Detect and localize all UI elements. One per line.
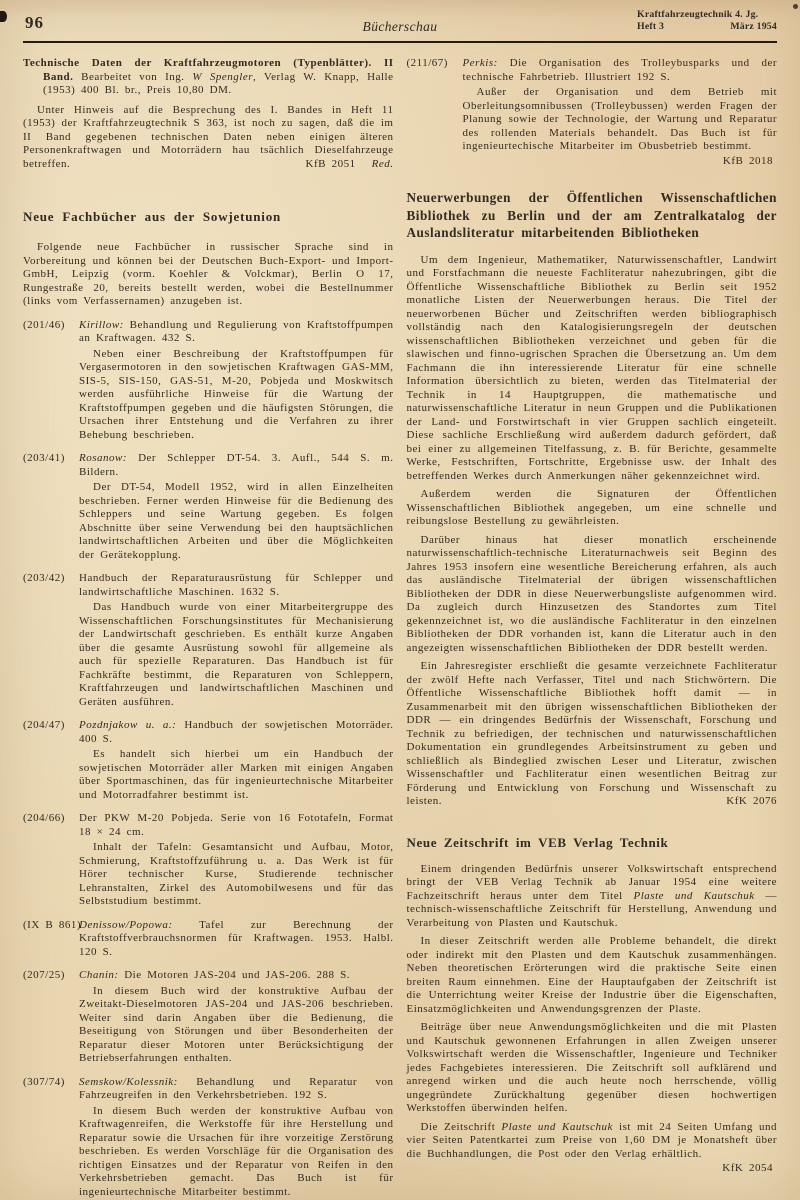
- entry-description: Der DT-54, Modell 1952, wird in allen Ei…: [79, 481, 394, 562]
- book-entry: (204/47)Pozdnjakow u. a.: Handbuch der s…: [23, 719, 394, 802]
- journal-title-italic: Plaste und Kautschuk: [634, 890, 755, 902]
- issue-line: Heft 3 März 1954: [637, 21, 777, 33]
- entry-number: (207/25): [23, 969, 65, 983]
- entry-number: (204/66): [23, 812, 65, 826]
- entry-description: Neben einer Beschreibung der Kraftstoffp…: [79, 348, 394, 443]
- book-review-heading: Technische Daten der Kraftfahrzeugmotore…: [23, 57, 394, 98]
- book-editor: W Spengler: [192, 71, 253, 83]
- entry-signature: KfB 2018: [463, 155, 778, 169]
- library-paragraph-3: Darüber hinaus hat dieser monatlich ersc…: [407, 534, 778, 656]
- book-entry: (307/74)Semskow/Kolessnik: Behandlung un…: [23, 1076, 394, 1200]
- entry-author: Chanin:: [79, 969, 119, 981]
- book-entry: (211/67)Perkis: Die Organisation des Tro…: [407, 57, 778, 168]
- book-entry: (201/46)Kirillow: Behandlung und Regulie…: [23, 319, 394, 443]
- entry-heading: (203/42)Handbuch der Reparaturausrüstung…: [79, 572, 394, 599]
- entry-description: In diesem Buch werden der konstruktive A…: [79, 1105, 394, 1200]
- review-signature: KfB 2051Red.: [280, 158, 394, 172]
- library-paragraph-4: Ein Jahresregister erschließt die gesamt…: [407, 660, 778, 809]
- entry-heading: (307/74)Semskow/Kolessnik: Behandlung un…: [79, 1076, 394, 1103]
- entry-title: Die Motoren JAS-204 und JAS-206. 288 S.: [124, 969, 350, 981]
- library-paragraph-4-text: Ein Jahresregister erschließt die gesamt…: [407, 660, 778, 807]
- entry-number: (203/42): [23, 572, 65, 586]
- entry-title: Die Organisation des Trolleybusparks und…: [463, 57, 778, 83]
- book-entry: (203/42)Handbuch der Reparaturausrüstung…: [23, 572, 394, 709]
- two-column-body: Technische Daten der Kraftfahrzeugmotore…: [0, 43, 800, 1199]
- entry-heading: (211/67)Perkis: Die Organisation des Tro…: [463, 57, 778, 84]
- book-entry: (204/66)Der PKW M-20 Pobjeda. Serie von …: [23, 812, 394, 909]
- journal-signature: KfK 2054: [407, 1162, 778, 1176]
- journal-title-italic: Plaste und Kautschuk: [501, 1121, 613, 1133]
- book-subtitle-pre: Bearbeitet von Ing.: [73, 71, 192, 83]
- entry-title: Handbuch der Reparaturausrüstung für Sch…: [79, 572, 394, 598]
- entry-number: (204/47): [23, 719, 65, 733]
- entry-heading: (204/66)Der PKW M-20 Pobjeda. Serie von …: [79, 812, 394, 839]
- journal-paragraph-4: Die Zeitschrift Plaste und Kautschuk ist…: [407, 1121, 778, 1162]
- journal-section-heading: Neue Zeitschrift im VEB Verlag Technik: [407, 835, 778, 851]
- section-intro: Folgende neue Fachbücher in russischer S…: [23, 241, 394, 309]
- catalog-code: KfB 2051: [306, 158, 356, 170]
- book-review-body: Unter Hinweis auf die Besprechung des I.…: [23, 104, 394, 172]
- library-paragraph-2: Außerdem werden die Signaturen der Öffen…: [407, 488, 778, 529]
- issue-date: März 1954: [730, 21, 777, 33]
- entry-heading: (IX B 861)Denissow/Popowa: Tafel zur Ber…: [79, 919, 394, 960]
- entry-description: Inhalt der Tafeln: Gesamtansicht und Auf…: [79, 841, 394, 909]
- entry-author: Perkis:: [463, 57, 498, 69]
- entry-number: (211/67): [407, 57, 448, 71]
- entry-description: Es handelt sich hierbei um ein Handbuch …: [79, 748, 394, 802]
- journal-paragraph-3: Beiträge über neue Anwendungsmöglichkeit…: [407, 1021, 778, 1116]
- journal-paragraph-2: In dieser Zeitschrift werden alle Proble…: [407, 935, 778, 1016]
- entry-author: Semskow/Kolessnik:: [79, 1076, 178, 1088]
- right-column: (211/67)Perkis: Die Organisation des Tro…: [407, 57, 778, 1199]
- entry-author: Rosanow:: [79, 452, 127, 464]
- book-entry: (207/25)Chanin: Die Motoren JAS-204 und …: [23, 969, 394, 1066]
- catalog-code: KfB 2018: [723, 155, 773, 167]
- book-entry: (203/41)Rosanow: Der Schlepper DT-54. 3.…: [23, 452, 394, 562]
- entry-heading: (203/41)Rosanow: Der Schlepper DT-54. 3.…: [79, 452, 394, 479]
- journal-paragraph-1: Einem dringenden Bedürfnis unserer Volks…: [407, 863, 778, 931]
- entry-author: Kirillow:: [79, 319, 124, 331]
- journal-name: Kraftfahrzeugtechnik 4. Jg.: [637, 9, 777, 21]
- catalog-code: KfK 2076: [726, 795, 777, 807]
- catalog-code: KfK 2054: [722, 1162, 773, 1174]
- entry-title: Der Schlepper DT-54. 3. Aufl., 544 S. m.…: [79, 452, 394, 478]
- reviewer-initials: Red.: [372, 158, 394, 170]
- page-header: 96 Bücherschau Kraftfahrzeugtechnik 4. J…: [0, 0, 800, 41]
- library-section-heading: Neuerwerbungen der Öffentlichen Wissensc…: [407, 189, 778, 242]
- entry-number: (201/46): [23, 319, 65, 333]
- issue-number: Heft 3: [637, 21, 664, 33]
- scanned-journal-page: 96 Bücherschau Kraftfahrzeugtechnik 4. J…: [0, 0, 800, 1200]
- journal-masthead: Kraftfahrzeugtechnik 4. Jg. Heft 3 März …: [637, 9, 777, 33]
- entry-heading: (207/25)Chanin: Die Motoren JAS-204 und …: [79, 969, 394, 983]
- entry-author: Pozdnjakow u. a.:: [79, 719, 176, 731]
- library-paragraph-1: Um dem Ingenieur, Mathematiker, Naturwis…: [407, 254, 778, 484]
- library-signature: KfK 2076: [700, 795, 777, 809]
- journal-paragraph-4-pre: Die Zeitschrift: [421, 1121, 502, 1133]
- entry-heading: (201/46)Kirillow: Behandlung und Regulie…: [79, 319, 394, 346]
- entry-heading: (204/47)Pozdnjakow u. a.: Handbuch der s…: [79, 719, 394, 746]
- section-heading-sowjetunion: Neue Fachbücher aus der Sowjetunion: [23, 209, 394, 225]
- entry-title: Behandlung und Regulierung von Kraftstof…: [79, 319, 394, 345]
- entry-title: Der PKW M-20 Pobjeda. Serie von 16 Fotot…: [79, 812, 394, 838]
- entry-author: Denissow/Popowa:: [79, 919, 173, 931]
- entry-number: (307/74): [23, 1076, 65, 1090]
- left-column: Technische Daten der Kraftfahrzeugmotore…: [23, 57, 394, 1199]
- entry-description: In diesem Buch wird der konstruktive Auf…: [79, 985, 394, 1066]
- entry-description: Das Handbuch wurde von einer Mitarbeiter…: [79, 601, 394, 709]
- book-entry: (IX B 861)Denissow/Popowa: Tafel zur Ber…: [23, 919, 394, 960]
- book-title: Technische Daten der Kraftfahrzeugmotore…: [23, 57, 372, 69]
- entry-number: (IX B 861): [23, 919, 81, 933]
- entry-description: Außer der Organisation und dem Betrieb m…: [463, 86, 778, 154]
- entry-number: (203/41): [23, 452, 65, 466]
